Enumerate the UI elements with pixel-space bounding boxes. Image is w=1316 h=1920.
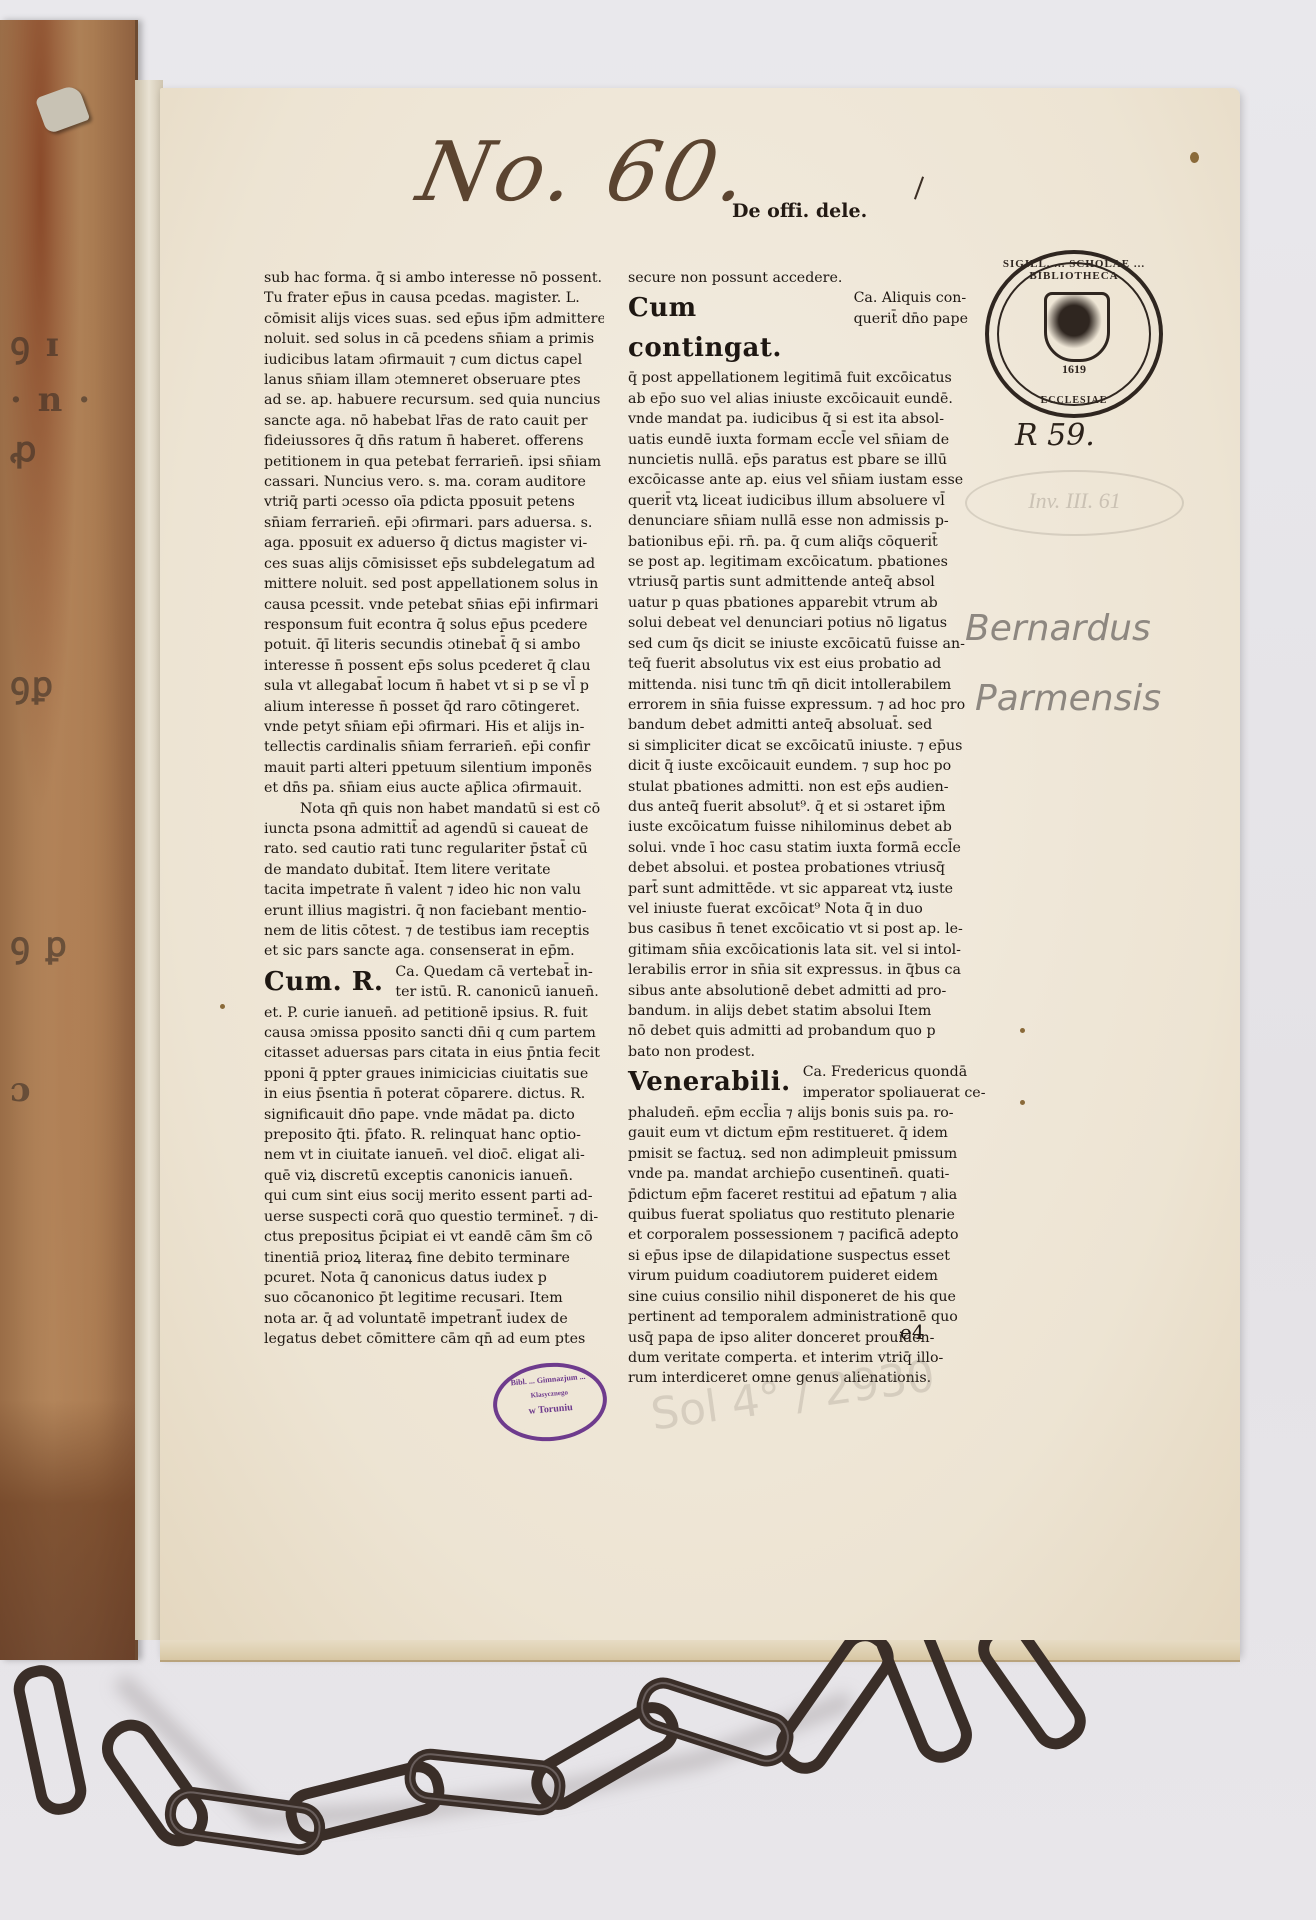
spine-inscription: ꝓ xyxy=(10,430,38,470)
text-line: lanus sn̄iam illam ɔtemneret obseruare p… xyxy=(264,370,604,390)
text-line: si simpliciter dicat se excōicatū iniust… xyxy=(628,736,968,756)
text-line: dicit q̄ iuste excōicauit eundem. ⁊ sup … xyxy=(628,756,968,776)
stamp-text: w Toruniu xyxy=(497,1399,604,1419)
text-line: bus casibus n̄ tenet excōicatio vt si po… xyxy=(628,919,968,939)
text-line: pponi q̄ ppter graues inimicicias ciuita… xyxy=(264,1064,604,1084)
text-line: denunciare sn̄iam nullā esse non admissi… xyxy=(628,511,968,531)
text-line: iuncta psona admittit̄ ad agendū si caue… xyxy=(264,819,604,839)
paragraph: q̄ post appellationem legitimā fuit excō… xyxy=(628,368,968,1062)
seal-bottom-text: ECCLESIAE xyxy=(989,395,1159,406)
text-line: iuste excōicatum fuisse nihilominus debe… xyxy=(628,817,968,837)
text-line: imperator spoliauerat ce- xyxy=(803,1083,986,1103)
text-line: fideiussores q̄ dn̄s ratum n̄ haberet. o… xyxy=(264,431,604,451)
text-line: cōmisit alijs vices suas. sed ep̄us ip̄m… xyxy=(264,309,604,329)
rubric-side-text: Ca. Quedam cā vertebat̄ in- ter istū. R.… xyxy=(395,962,598,1003)
text-line: ab ep̄o suo vel alias iniuste excōicauit… xyxy=(628,389,968,409)
text-line: sub hac forma. q̄ si ambo interesse nō p… xyxy=(264,268,604,288)
signature-mark: e4 xyxy=(900,1320,925,1344)
paragraph: phaluden̄. ep̄m eccl̄ia ⁊ alijs bonis su… xyxy=(628,1103,968,1389)
library-seal-stamp: SIGILL. ... SCHOLAE ... BIBLIOTHECA 1619… xyxy=(985,250,1163,418)
text-line: qui cum sint eius socij merito essent pa… xyxy=(264,1186,604,1206)
text-line: ter istū. R. canonicū ianuen̄. xyxy=(395,982,598,1002)
text-line: quē viꝝ discretū exceptis canonicis ianu… xyxy=(264,1166,604,1186)
seal-year: 1619 xyxy=(989,362,1159,377)
rubric-heading: Venerabili. xyxy=(628,1062,791,1102)
rubric-side-text: Ca. Aliquis con- querit̄ dn̄o pape xyxy=(854,288,968,329)
text-line: vnde petyt sn̄iam ep̄i ɔfirmari. His et … xyxy=(264,717,604,737)
text-line: pcuret. Nota q̄ canonicus datus iudex p xyxy=(264,1268,604,1288)
text-line: cassari. Nuncius vero. s. ma. coram audi… xyxy=(264,472,604,492)
text-line: interesse n̄ possent ep̄s solus pcederet… xyxy=(264,656,604,676)
text-line: mauit parti alteri ppetuum silentium imp… xyxy=(264,758,604,778)
text-line: teq̄ fuerit absolutus vix est eius proba… xyxy=(628,654,968,674)
text-column-left: sub hac forma. q̄ si ambo interesse nō p… xyxy=(264,268,604,1350)
wormhole xyxy=(1190,152,1199,163)
text-line: bationibus ep̄i. rn̄. pa. q̄ cum aliq̄s … xyxy=(628,532,968,552)
sewing-hinge xyxy=(135,80,163,1640)
text-line: causa ɔmissa pposito sancti dn̄i q cum p… xyxy=(264,1023,604,1043)
text-line: lerabilis error in sn̄ia sit expressus. … xyxy=(628,960,968,980)
paragraph: sub hac forma. q̄ si ambo interesse nō p… xyxy=(264,268,604,799)
text-line: se post ap. legitimam excōicatum. pbatio… xyxy=(628,552,968,572)
text-line: vnde pa. mandat archiep̄o cusentinen̄. q… xyxy=(628,1164,968,1184)
text-line: mittenda. nisi tunc tm̄ qn̄ dicit intoll… xyxy=(628,675,968,695)
text-line: petitionem in qua petebat ferrarien̄. ip… xyxy=(264,452,604,472)
text-line: nem vt in ciuitate ianuen̄. vel dioc̄. e… xyxy=(264,1145,604,1165)
text-line: dus anteq̄ fuerit absolut⁹. q̄ et si ɔst… xyxy=(628,797,968,817)
text-line: et corporalem possessionem ⁊ pacificā ad… xyxy=(628,1225,968,1245)
text-line: si ep̄us ipse de dilapidatione suspectus… xyxy=(628,1246,968,1266)
pencil-note-author: Bernardus xyxy=(965,608,1151,649)
wormhole xyxy=(220,1004,225,1009)
text-line: Ca. Fredericus quondā xyxy=(803,1062,986,1082)
text-line: ad se. ap. habuere recursum. sed quia nu… xyxy=(264,390,604,410)
text-line: nuncietis nullā. ep̄s paratus est pbare … xyxy=(628,450,968,470)
text-line: vnde mandat pa. iudicibus q̄ si est ita … xyxy=(628,409,968,429)
text-line: part̄ sunt admittēde. vt sic appareat vt… xyxy=(628,879,968,899)
spine-inscription: ɔ xyxy=(10,1070,33,1110)
text-line: causa pcessit. vnde petebat sn̄ias ep̄i … xyxy=(264,595,604,615)
rubric-heading: Cum. R. xyxy=(264,962,383,1002)
text-line: in eius p̄sentia n̄ poterat cōparere. di… xyxy=(264,1084,604,1104)
wormhole xyxy=(1020,1028,1025,1033)
text-line: ces suas alijs cōmisisset ep̄s subdelega… xyxy=(264,554,604,574)
text-line: tacita impetrate n̄ valent ⁊ ideo hic no… xyxy=(264,880,604,900)
faded-inventory-stamp: Inv. III. 61 xyxy=(965,470,1184,536)
rubric-venerabili: Venerabili. Ca. Fredericus quondā impera… xyxy=(628,1062,968,1103)
text-line: solui debeat vel denunciari potius nō li… xyxy=(628,613,968,633)
text-line: responsum fuit econtra q̄ solus ep̄us pc… xyxy=(264,615,604,635)
text-line: citasset aduersas pars citata in eius p̄… xyxy=(264,1043,604,1063)
text-line: vtriq̄ parti ɔcesso oīa pdicta pposuit p… xyxy=(264,492,604,512)
shelf-mark: R 59. xyxy=(1015,418,1095,453)
text-line: stulat pbationes admitti. non est ep̄s a… xyxy=(628,777,968,797)
text-line: vtriusq̄ partis sunt admittende anteq̄ a… xyxy=(628,572,968,592)
text-line: nota ar. q̄ ad voluntatē impetrant̄ iude… xyxy=(264,1309,604,1329)
text-line: et. P. curie ianuen̄. ad petitionē ipsiu… xyxy=(264,1003,604,1023)
paragraph: et. P. curie ianuen̄. ad petitionē ipsiu… xyxy=(264,1003,604,1350)
text-line: debet absolui. et postea probationes vtr… xyxy=(628,858,968,878)
spine-inscription: ꝯ ꝑ xyxy=(10,920,69,966)
text-line: querit̄ dn̄o pape xyxy=(854,309,968,329)
text-line: sancte aga. nō habebat lr̄as de rato cau… xyxy=(264,411,604,431)
spine-inscription: ꝯꝑ xyxy=(10,660,55,706)
text-line: uatis eundē iuxta formam eccl̄e vel sn̄i… xyxy=(628,430,968,450)
paragraph-nota: Nota qn̄ quis non habet mandatū si est c… xyxy=(264,799,604,962)
text-line: suo cōcanonico p̄t legitime recusari. It… xyxy=(264,1288,604,1308)
text-line: gitimam sn̄ia excōicationis lata sit. ve… xyxy=(628,940,968,960)
text-line: aga. pposuit ex aduerso q̄ dictus magist… xyxy=(264,533,604,553)
spine-inscription: ꝯ ɪ xyxy=(10,320,61,366)
text-line: nem de litis cōtest. ⁊ de testibus iam r… xyxy=(264,921,604,941)
text-line: querit̄ vtꝝ liceat iudicibus illum absol… xyxy=(628,491,968,511)
text-line: de mandato dubitat̄. Item litere veritat… xyxy=(264,860,604,880)
text-line: nō debet quis admitti ad probandum quo p xyxy=(628,1021,968,1041)
rubric-side-text: Ca. Fredericus quondā imperator spoliaue… xyxy=(803,1062,986,1103)
text-line: tinentiā prioꝝ literaꝝ fine debito termi… xyxy=(264,1248,604,1268)
text-line: sn̄iam ferrarien̄. ep̄i ɔfirmari. pars a… xyxy=(264,513,604,533)
text-line: ctus prepositus p̄cipiat ei vt eandē cām… xyxy=(264,1227,604,1247)
text-line: secure non possunt accedere. xyxy=(628,268,968,288)
cover-rust-stain xyxy=(0,1400,135,1660)
text-line: Nota qn̄ quis non habet mandatū si est c… xyxy=(264,799,604,819)
text-line: quibus fuerat spoliatus quo restituto pl… xyxy=(628,1205,968,1225)
text-line: iudicibus latam ɔfirmauit ⁊ cum dictus c… xyxy=(264,350,604,370)
text-line: bato non prodest. xyxy=(628,1042,968,1062)
text-line: pmisit se factuꝝ. sed non adimpleuit pmi… xyxy=(628,1144,968,1164)
text-line: solui. vnde ī hoc casu statim iuxta form… xyxy=(628,838,968,858)
text-line: bandum debet admitti anteq̄ absoluat̄. s… xyxy=(628,715,968,735)
running-head: De offi. dele. xyxy=(732,200,867,222)
iron-chain-icon xyxy=(0,1640,1316,1920)
text-line: virum puidum coadiutorem puideret eidem xyxy=(628,1266,968,1286)
text-line: mittere noluit. sed post appellationem s… xyxy=(264,574,604,594)
text-line: Ca. Aliquis con- xyxy=(854,288,968,308)
text-line: noluit. sed solus in cā pcedens sn̄iam a… xyxy=(264,329,604,349)
text-line: gauit eum vt dictum ep̄m restitueret. q̄… xyxy=(628,1123,968,1143)
text-line: errorem in sn̄ia fuisse expressum. ⁊ ad … xyxy=(628,695,968,715)
text-line: legatus debet cōmittere cām qn̄ ad eum p… xyxy=(264,1329,604,1349)
text-line: preposito q̄ti. p̄fato. R. relinquat han… xyxy=(264,1125,604,1145)
text-line: sibus ante absolutionē debet admitti ad … xyxy=(628,981,968,1001)
wormhole xyxy=(1020,1100,1025,1105)
rubric-cum-contingat: Cum contingat. Ca. Aliquis con- querit̄ … xyxy=(628,288,968,368)
text-line: bandum. in alijs debet statim absolui It… xyxy=(628,1001,968,1021)
text-line: p̄dictum ep̄m faceret restitui ad ep̄atu… xyxy=(628,1185,968,1205)
pencil-note-author: Parmensis xyxy=(975,678,1161,719)
text-line: et dn̄s pa. sn̄iam eius aucte ap̄lica ɔf… xyxy=(264,778,604,798)
text-line: erunt illius magistri. q̄ non faciebant … xyxy=(264,901,604,921)
text-line: uatur p quas pbationes apparebit vtrum a… xyxy=(628,593,968,613)
text-line: rato. sed cautio rati tunc regulariter p… xyxy=(264,839,604,859)
text-line: excōicasse ante ap. eius vel sn̄iam iust… xyxy=(628,470,968,490)
text-line: vel iniuste fuerat excōicat⁹ Nota q̄ in … xyxy=(628,899,968,919)
seal-ring-text: SIGILL. ... SCHOLAE ... BIBLIOTHECA xyxy=(989,258,1159,282)
rubric-heading: Cum contingat. xyxy=(628,288,842,368)
rubric-cum-r: Cum. R. Ca. Quedam cā vertebat̄ in- ter … xyxy=(264,962,604,1003)
manuscript-number: No. 60. xyxy=(410,125,760,220)
text-line: sula vt allegabat̄ locum n̄ habet vt si … xyxy=(264,676,604,696)
text-line: q̄ post appellationem legitimā fuit excō… xyxy=(628,368,968,388)
text-column-right: secure non possunt accedere. Cum conting… xyxy=(628,268,968,1389)
text-line: tellectis cardinalis sn̄iam ferrarien̄. … xyxy=(264,737,604,757)
text-line: potuit. q̄ī literis secundis ɔtinebat̄ q… xyxy=(264,635,604,655)
text-line: alium interesse n̄ posset q̄d raro cōtin… xyxy=(264,697,604,717)
text-line: et sic pars sancte aga. consenserat in e… xyxy=(264,941,604,961)
text-line: significauit dn̄o pape. vnde mādat pa. d… xyxy=(264,1105,604,1125)
text-line: Tu frater ep̄us in causa pcedas. magiste… xyxy=(264,288,604,308)
text-line: uerse suspecti corā quo questio terminet… xyxy=(264,1207,604,1227)
text-line: phaluden̄. ep̄m eccl̄ia ⁊ alijs bonis su… xyxy=(628,1103,968,1123)
text-line: sed cum q̄s dicit se iniuste excōicatū f… xyxy=(628,634,968,654)
coat-of-arms-icon xyxy=(1044,292,1110,362)
spine-inscription: · n · xyxy=(10,380,92,420)
text-line: sine cuius consilio nihil disponeret de … xyxy=(628,1287,968,1307)
text-line: Ca. Quedam cā vertebat̄ in- xyxy=(395,962,598,982)
